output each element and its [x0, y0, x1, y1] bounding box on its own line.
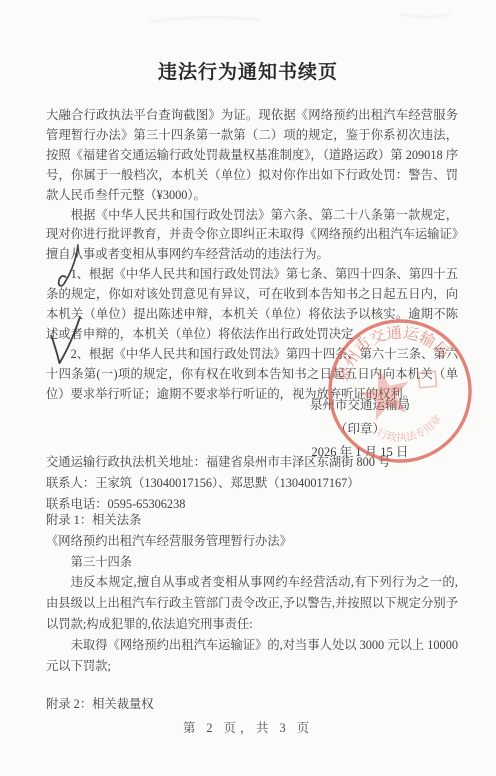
scan-smudge: [400, 14, 450, 17]
regulation-title: 《网络预约出租汽车经营服务管理暂行办法》: [46, 531, 458, 552]
appendix-2-label: 附录 2：相关裁量权: [46, 697, 154, 711]
appendix-1-label: 附录 1：相关法条: [46, 510, 458, 531]
article-number: 第三十四条: [46, 552, 458, 573]
scan-smudge: [150, 17, 260, 22]
seal-placeholder-note: （印章）: [272, 418, 448, 442]
issuing-authority: 泉州市交通运输局: [272, 394, 448, 418]
clause-item: 未取得《网络预约出租汽车运输证》的,对当事人处以 3000 元以上 10000 …: [46, 635, 458, 677]
appendix-1: 附录 1：相关法条 《网络预约出租汽车经营服务管理暂行办法》 第三十四条 违反本…: [46, 510, 458, 676]
page-footer: 第 2 页，共 3 页: [0, 718, 496, 736]
page-title: 违法行为通知书续页: [0, 57, 496, 84]
contact-persons: 联系人：王家筑（13040017156）、郑思默（13040017167）: [46, 473, 458, 494]
scanned-notice-page: 违法行为通知书续页 大融合行政执法平台查询截图》为证。现依据《网络预约出租汽车经…: [0, 0, 496, 776]
contact-block: 交通运输行政执法机关地址：福建省泉州市丰泽区东湖街 800 号 联系人：王家筑（…: [46, 452, 458, 514]
appendix-2: 附录 2：相关裁量权: [46, 694, 154, 712]
page-number: 第 2 页，共 3 页: [183, 721, 313, 735]
notice-body: 大融合行政执法平台查询截图》为证。现依据《网络预约出租汽车经营服务管理暂行办法》…: [46, 106, 458, 405]
body-paragraph-item-1: 1、根据《中华人民共和国行政处罚法》第七条、第四十四条、第四十五条的规定，你如对…: [46, 265, 458, 345]
agency-address: 交通运输行政执法机关地址：福建省泉州市丰泽区东湖街 800 号: [46, 452, 458, 473]
body-paragraph: 大融合行政执法平台查询截图》为证。现依据《网络预约出租汽车经营服务管理暂行办法》…: [46, 106, 458, 206]
body-paragraph: 根据《中华人民共和国行政处罚法》第六条、第二十八条第一款规定，现对你进行批评教育…: [46, 206, 458, 266]
clause-intro: 违反本规定,擅自从事或者变相从事网约车经营活动,有下列行为之一的,由县级以上出租…: [46, 572, 458, 634]
